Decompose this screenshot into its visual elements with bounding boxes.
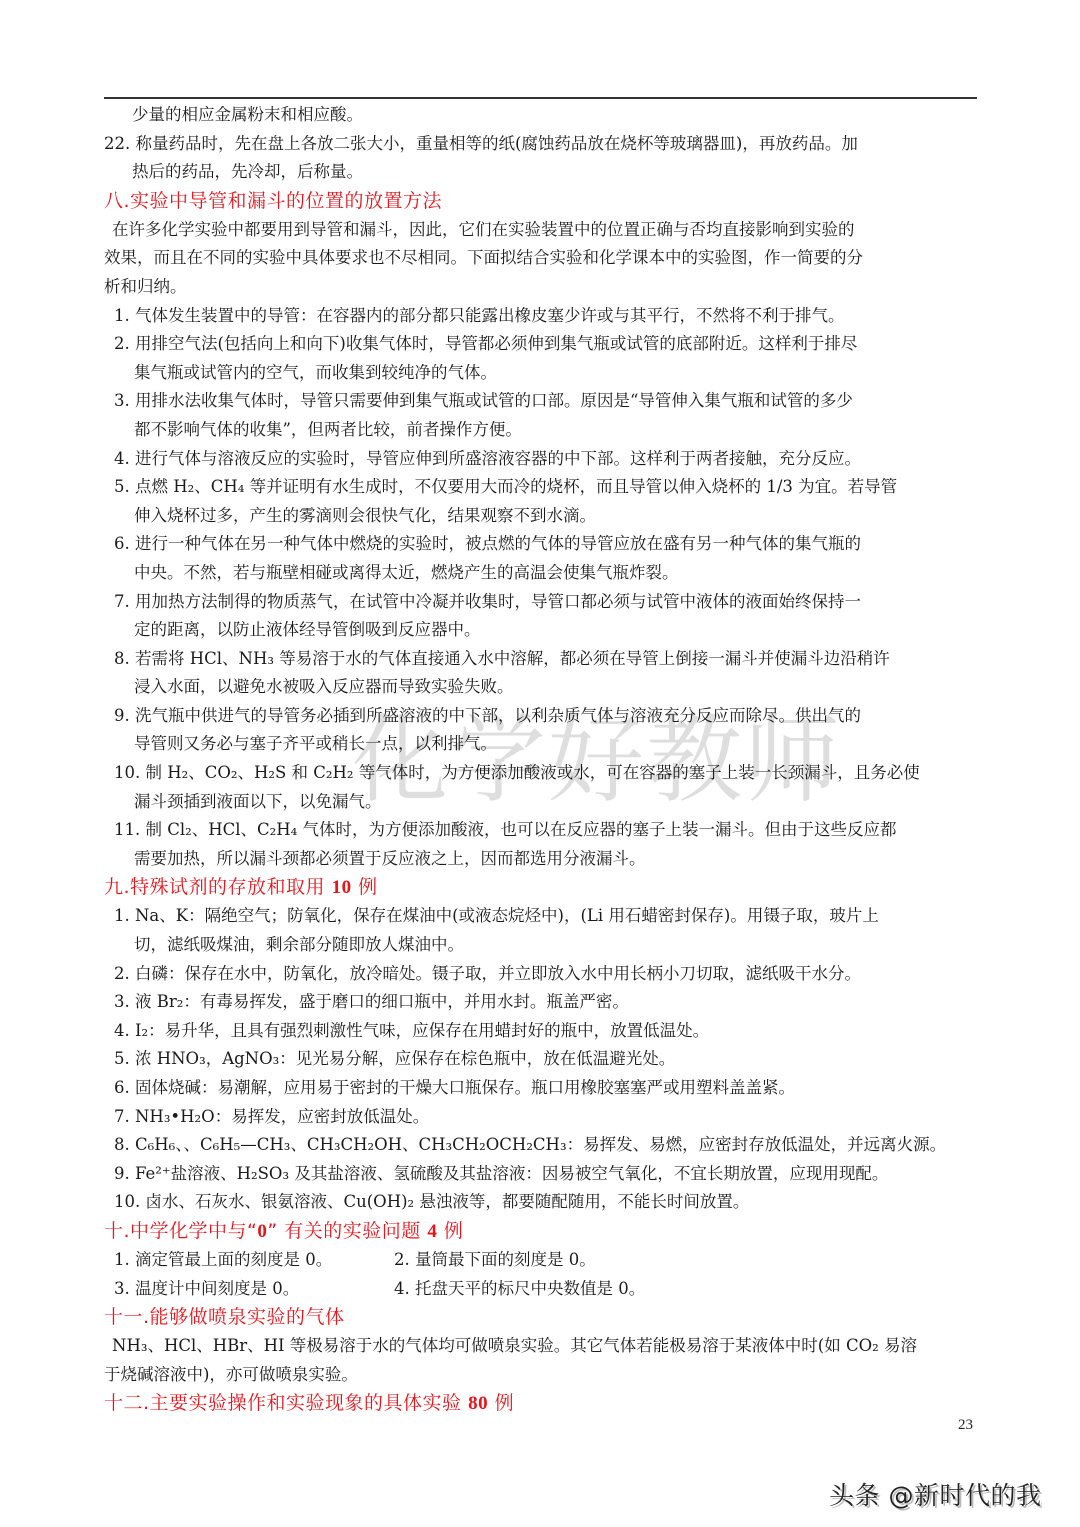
list-item: 5. 浓 HNO₃，AgNO₃：见光易分解，应保存在棕色瓶中，放在低温避光处。 <box>104 1045 980 1074</box>
section-8-intro-line: 析和归纳。 <box>104 273 980 302</box>
page-content: 少量的相应金属粉末和相应酸。 22. 称量药品时，先在盘上各放二张大小，重量相等… <box>104 101 980 1418</box>
list-item-continued: 切，滤纸吸煤油，剩余部分随即放人煤油中。 <box>104 931 980 960</box>
continuation-line: 少量的相应金属粉末和相应酸。 <box>104 101 980 130</box>
list-item-continued: 浸入水面，以避免水被吸入反应器而导致实验失败。 <box>104 673 980 702</box>
list-item: 10. 卤水、石灰水、银氨溶液、Cu(OH)₂ 悬浊液等，都要随配随用，不能长时… <box>104 1188 980 1217</box>
list-item: 6. 固体烧碱：易潮解，应用易于密封的干燥大口瓶保存。瓶口用橡胶塞塞严或用塑料盖… <box>104 1074 980 1103</box>
list-item-continued: 中央。不然，若与瓶壁相碰或离得太近，燃烧产生的高温会使集气瓶炸裂。 <box>104 559 980 588</box>
list-item-continued: 导管则又务必与塞子齐平或稍长一点，以利排气。 <box>104 730 980 759</box>
list-item: 9. 洗气瓶中供进气的导管务必插到所盛溶液的中下部，以利杂质气体与溶液充分反应而… <box>104 702 980 731</box>
list-item: 11. 制 Cl₂、HCl、C₂H₄ 气体时，为方便添加酸液，也可以在反应器的塞… <box>104 816 980 845</box>
list-item: 10. 制 H₂、CO₂、H₂S 和 C₂H₂ 等气体时，为方便添加酸液或水，可… <box>104 759 980 788</box>
list-item-continued: 需要加热，所以漏斗颈都必须置于反应液之上，因而都选用分液漏斗。 <box>104 845 980 874</box>
section-8-heading: 八.实验中导管和漏斗的位置的放置方法 <box>104 187 980 216</box>
section-10-heading: 十.中学化学中与“0” 有关的实验问题 4 例 <box>104 1217 980 1246</box>
source-credit: 头条 @新时代的我 <box>829 1476 1041 1512</box>
list-item: 4. 进行气体与溶液反应的实验时，导管应伸到所盛溶液容器的中下部。这样利于两者接… <box>104 445 980 474</box>
document-page: 化学好教师 少量的相应金属粉末和相应酸。 22. 称量药品时，先在盘上各放二张大… <box>0 0 1080 1527</box>
list-row: 1. 滴定管最上面的刻度是 0。 2. 量筒最下面的刻度是 0。 <box>104 1246 980 1275</box>
list-item: 1. Na、K：隔绝空气；防氧化，保存在煤油中(或液态烷烃中)，(Li 用石蜡密… <box>104 902 980 931</box>
page-number: 23 <box>958 1417 973 1434</box>
list-item: 3. 温度计中间刻度是 0。 <box>104 1275 394 1304</box>
list-item-22: 22. 称量药品时，先在盘上各放二张大小，重量相等的纸(腐蚀药品放在烧杯等玻璃器… <box>104 130 980 159</box>
list-item-continued: 漏斗颈插到液面以下，以免漏气。 <box>104 788 980 817</box>
list-item-22-continued: 热后的药品，先冷却，后称量。 <box>104 158 980 187</box>
list-item: 2. 量筒最下面的刻度是 0。 <box>394 1246 596 1275</box>
list-item-continued: 伸入烧杯过多，产生的雾滴则会很快气化，结果观察不到水滴。 <box>104 502 980 531</box>
paragraph-line: 于烧碱溶液中)，亦可做喷泉实验。 <box>104 1361 980 1390</box>
list-item: 7. NH₃•H₂O：易挥发，应密封放低温处。 <box>104 1103 980 1132</box>
list-item: 4. 托盘天平的标尺中央数值是 0。 <box>394 1275 645 1304</box>
paragraph-line: NH₃、HCl、HBr、HI 等极易溶于水的气体均可做喷泉实验。其它气体若能极易… <box>104 1332 980 1361</box>
list-item: 1. 气体发生装置中的导管：在容器内的部分都只能露出橡皮塞少许或与其平行，不然将… <box>104 302 980 331</box>
list-item: 4. I₂：易升华，且具有强烈刺激性气味，应保存在用蜡封好的瓶中，放置低温处。 <box>104 1017 980 1046</box>
list-item-continued: 都不影响气体的收集”，但两者比较，前者操作方便。 <box>104 416 980 445</box>
section-11-heading: 十一.能够做喷泉实验的气体 <box>104 1303 980 1332</box>
section-9-heading: 九.特殊试剂的存放和取用 10 例 <box>104 873 980 902</box>
list-item: 3. 用排水法收集气体时，导管只需要伸到集气瓶或试管的口部。原因是“导管伸入集气… <box>104 387 980 416</box>
list-item: 8. C₆H₆、、C₆H₅—CH₃、CH₃CH₂OH、CH₃CH₂OCH₂CH₃… <box>104 1131 980 1160</box>
list-item: 6. 进行一种气体在另一种气体中燃烧的实验时，被点燃的气体的导管应放在盛有另一种… <box>104 530 980 559</box>
list-item-continued: 定的距离，以防止液体经导管倒吸到反应器中。 <box>104 616 980 645</box>
list-item: 5. 点燃 H₂、CH₄ 等并证明有水生成时，不仅要用大而冷的烧杯，而且导管以伸… <box>104 473 980 502</box>
section-8-intro-line: 在许多化学实验中都要用到导管和漏斗，因此，它们在实验装置中的位置正确与否均直接影… <box>104 216 980 245</box>
list-item-continued: 集气瓶或试管内的空气，而收集到较纯净的气体。 <box>104 359 980 388</box>
section-12-heading: 十二.主要实验操作和实验现象的具体实验 80 例 <box>104 1389 980 1418</box>
list-item: 2. 用排空气法(包括向上和向下)收集气体时，导管都必须伸到集气瓶或试管的底部附… <box>104 330 980 359</box>
list-item: 9. Fe²⁺盐溶液、H₂SO₃ 及其盐溶液、氢硫酸及其盐溶液：因易被空气氧化，… <box>104 1160 980 1189</box>
list-item: 2. 白磷：保存在水中，防氧化，放冷暗处。镊子取，并立即放入水中用长柄小刀切取，… <box>104 960 980 989</box>
header-rule <box>104 97 977 99</box>
list-item: 3. 液 Br₂：有毒易挥发，盛于磨口的细口瓶中，并用水封。瓶盖严密。 <box>104 988 980 1017</box>
section-8-intro-line: 效果，而且在不同的实验中具体要求也不尽相同。下面拟结合实验和化学课本中的实验图，… <box>104 244 980 273</box>
list-item: 8. 若需将 HCl、NH₃ 等易溶于水的气体直接通入水中溶解，都必须在导管上倒… <box>104 645 980 674</box>
list-row: 3. 温度计中间刻度是 0。 4. 托盘天平的标尺中央数值是 0。 <box>104 1275 980 1304</box>
list-item: 1. 滴定管最上面的刻度是 0。 <box>104 1246 394 1275</box>
list-item: 7. 用加热方法制得的物质蒸气，在试管中冷凝并收集时，导管口都必须与试管中液体的… <box>104 588 980 617</box>
